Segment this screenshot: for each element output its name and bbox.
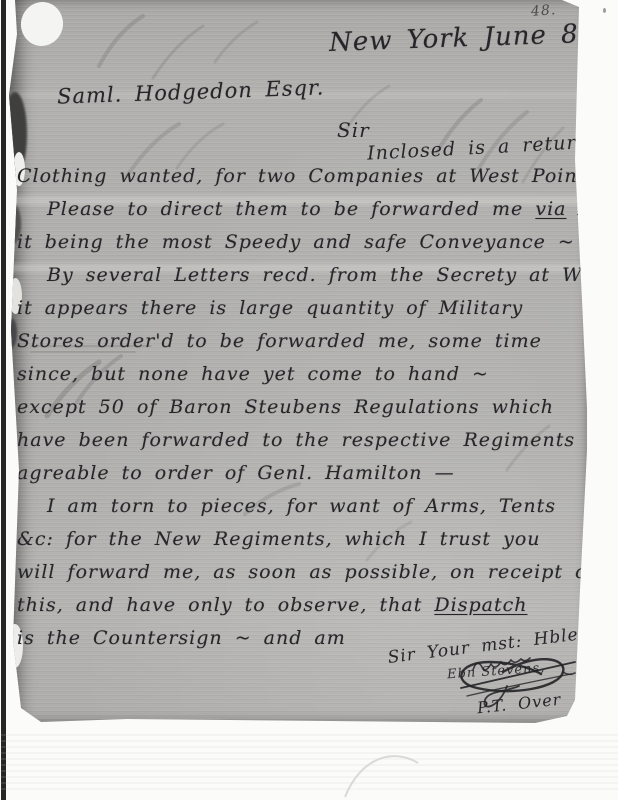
dateline-place: New York June <box>329 20 562 58</box>
letter-line: this, and have only to observe, that Dis… <box>17 589 583 622</box>
salutation: Sir <box>337 118 370 142</box>
faint-background-curve <box>0 723 618 800</box>
letter-line: will forward me, as soon as possible, on… <box>17 556 583 589</box>
scanned-letter-page: 48. New York June 8th„1799 Saml. Hodgedo… <box>0 0 618 800</box>
torn-edge-dark-patch <box>5 318 17 348</box>
letter-line: it being the most Speedy and safe Convey… <box>17 226 583 259</box>
letter-line: By several Letters recd. from the Secret… <box>17 259 583 292</box>
dateline-day-suffix: th <box>579 20 596 38</box>
letter-line: Stores order'd to be forwarded me, some … <box>17 325 583 358</box>
dateline-day: 8 <box>561 19 580 50</box>
letter-line: since, but none have yet come to hand ~ <box>17 358 583 391</box>
dateline-year: 1799 <box>602 16 618 48</box>
letter-line: Please to direct them to be forwarded me… <box>17 193 583 226</box>
addressee: Saml. Hodgedon Esqr. <box>57 75 325 108</box>
letter-line: I am torn to pieces, for want of Arms, T… <box>17 490 583 523</box>
letter-line: agreable to order of Genl. Hamilton — <box>17 457 583 490</box>
scan-speck <box>603 8 606 13</box>
page-number: 48. <box>530 2 556 20</box>
letter-body: Clothing wanted, for two Companies at We… <box>17 160 583 655</box>
letter-line: &c: for the New Regiments, which I trust… <box>17 523 583 556</box>
letter-line: it appears there is large quantity of Mi… <box>17 292 583 325</box>
letter-line: have been forwarded to the respective Re… <box>17 424 583 457</box>
letter-line: except 50 of Baron Steubens Regulations … <box>17 391 583 424</box>
dateline-mark: „ <box>596 35 603 51</box>
letter-line: Clothing wanted, for two Companies at We… <box>17 160 583 193</box>
torn-edge-white-patch <box>17 0 67 50</box>
binding-edge-line <box>1 0 6 800</box>
dateline: New York June 8th„1799 <box>329 16 618 61</box>
letter-sheet: 48. New York June 8th„1799 Saml. Hodgedo… <box>7 0 587 723</box>
